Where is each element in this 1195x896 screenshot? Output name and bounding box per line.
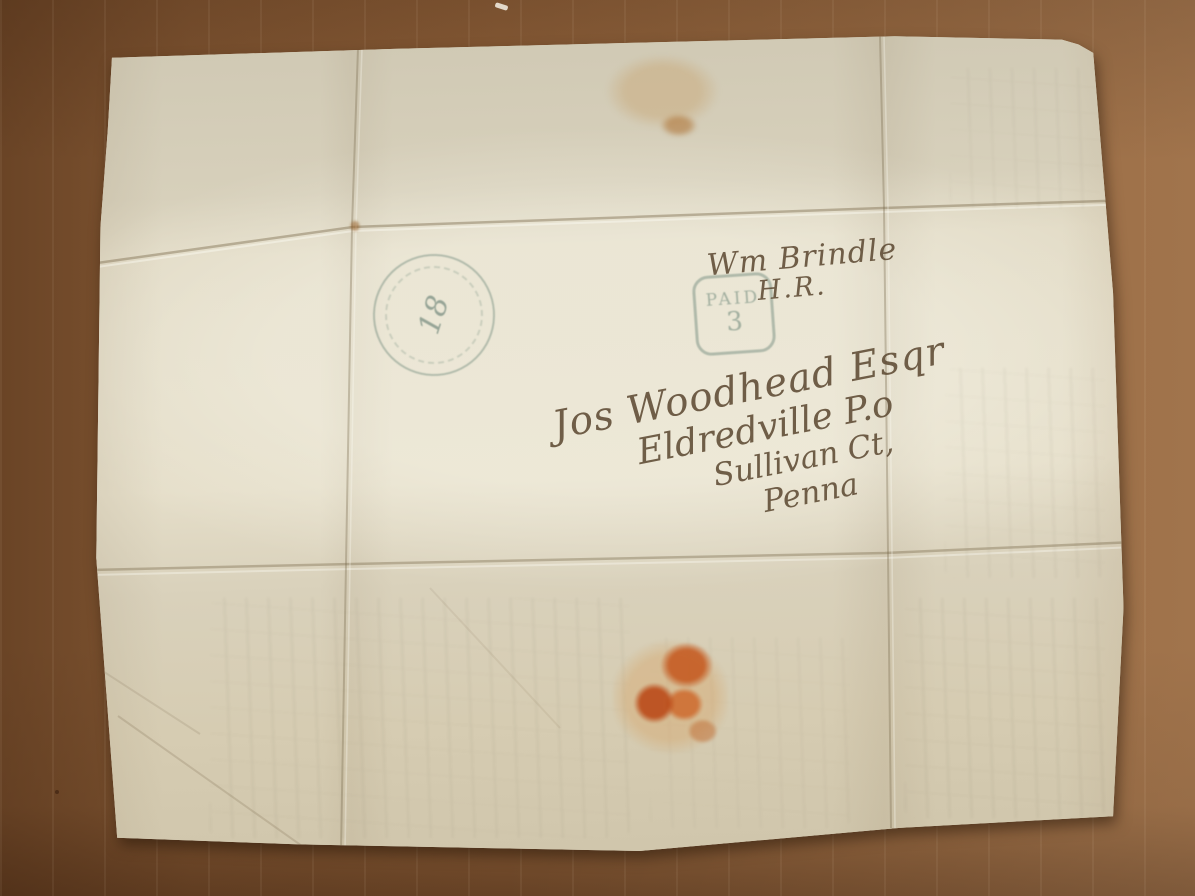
letter-paper: 18 PAID 3 Wm Brindle H.R. Jos Woodhead E… xyxy=(90,28,1135,856)
ghost-writing-showthrough xyxy=(210,598,630,838)
letter-cover: 18 PAID 3 Wm Brindle H.R. Jos Woodhead E… xyxy=(90,28,1135,856)
postmark-day: 18 xyxy=(411,291,456,338)
endorsement-note: Wm Brindle H.R. xyxy=(706,234,901,310)
cardboard-speck xyxy=(495,2,509,11)
crease-stain-spot xyxy=(348,218,362,234)
paper-stain-top xyxy=(595,50,730,142)
cardboard-background: 18 PAID 3 Wm Brindle H.R. Jos Woodhead E… xyxy=(0,0,1195,896)
cardboard-dot xyxy=(55,790,59,794)
ghost-writing-showthrough xyxy=(905,598,1105,818)
address-block: Jos Woodhead Esqr Eldredville P.o Sulliv… xyxy=(549,329,970,556)
wax-seal-stain xyxy=(613,636,728,758)
paid-rate: 3 xyxy=(725,308,744,338)
postmark-circle: 18 xyxy=(357,238,511,392)
ghost-writing-showthrough xyxy=(950,68,1100,208)
ghost-writing-showthrough xyxy=(945,368,1105,578)
